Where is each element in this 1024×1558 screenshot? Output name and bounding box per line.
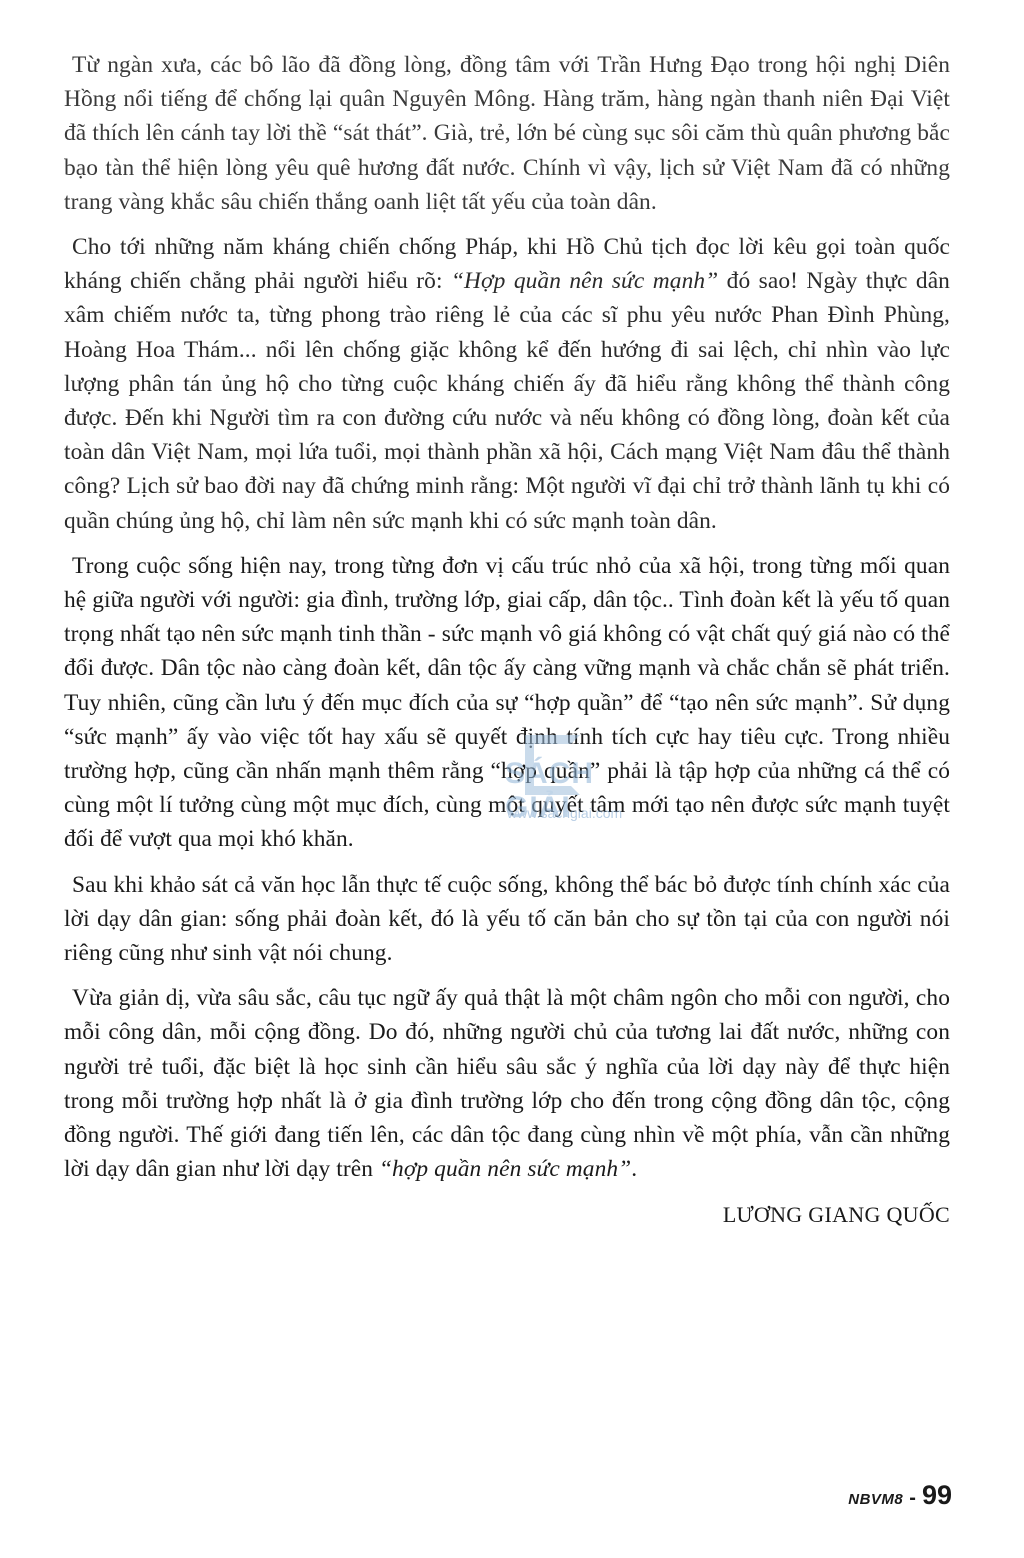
paragraph-1: Từ ngàn xưa, các bô lão đã đồng lòng, đồ… [64, 48, 950, 219]
paragraph-5: Vừa giản dị, vừa sâu sắc, câu tục ngữ ấy… [64, 981, 950, 1186]
footer-separator: - [909, 1487, 916, 1510]
book-code: NBVM8 [848, 1491, 903, 1508]
paragraph-5-before: Vừa giản dị, vừa sâu sắc, câu tục ngữ ấy… [64, 985, 950, 1182]
paragraph-5-after: . [631, 1156, 637, 1182]
quote-closing: “hợp quần nên sức mạnh” [379, 1156, 631, 1182]
page-number: 99 [922, 1480, 952, 1511]
author-signature: LƯƠNG GIANG QUỐC [64, 1198, 950, 1232]
quote-hop-quan: “Hợp quần nên sức mạnh” [451, 268, 718, 294]
paragraph-2: Cho tới những năm kháng chiến chống Pháp… [64, 230, 950, 538]
paragraph-4: Sau khi khảo sát cả văn học lẫn thực tế … [64, 868, 950, 971]
page-footer: NBVM8 - 99 [848, 1480, 952, 1511]
paragraph-3: Trong cuộc sống hiện nay, trong từng đơn… [64, 549, 950, 857]
document-page: Từ ngàn xưa, các bô lão đã đồng lòng, đồ… [64, 48, 950, 1232]
paragraph-2-after: đó sao! Ngày thực dân xâm chiếm nước ta,… [64, 268, 950, 533]
